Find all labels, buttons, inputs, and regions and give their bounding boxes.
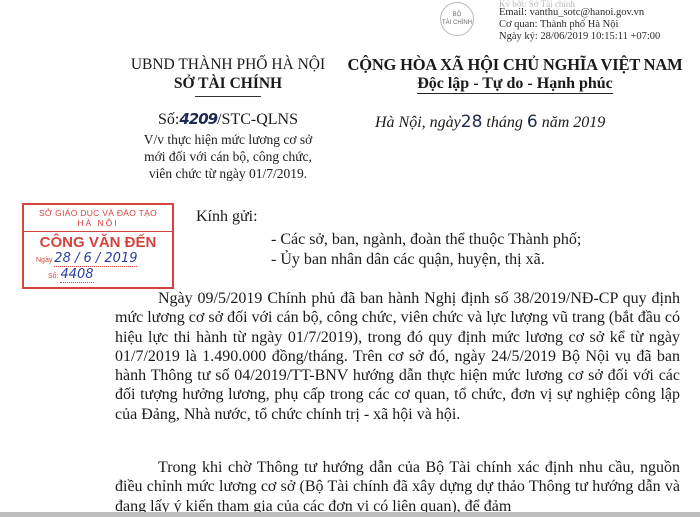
signer-line: Ký bởi: Sở Tài chính xyxy=(499,0,660,7)
stamp-number-label: Số: xyxy=(48,273,59,280)
handwritten-day: 28 xyxy=(461,112,483,132)
page-bottom-edge xyxy=(0,512,700,517)
stamp-date-value: 28 / 6 / 2019 xyxy=(54,251,137,267)
number-suffix: /STC-QLNS xyxy=(217,111,298,128)
stamp-org: SỞ GIÁO DỤC VÀ ĐÀO TẠO xyxy=(24,208,172,218)
stamp-number-value: 4408 xyxy=(60,267,93,283)
stamp-date-row: Ngày 28 / 6 / 2019 xyxy=(24,252,172,268)
national-title: CỘNG HÒA XÃ HỘI CHỦ NGHĨA VIỆT NAM xyxy=(330,55,700,74)
subject-line: mới đối với cán bộ, công chức, xyxy=(118,148,338,165)
body-paragraph: Ngày 09/5/2019 Chính phủ đã ban hành Ngh… xyxy=(115,289,680,424)
stamp-number-row: Số: 4408 xyxy=(24,268,172,284)
month-label: tháng xyxy=(486,114,522,131)
subject-line: viên chức từ ngày 01/7/2019. xyxy=(118,165,338,182)
signature-email: Email: vanthu_sotc@hanoi.gov.vn xyxy=(499,7,660,19)
handwritten-number: 4209 xyxy=(179,110,217,128)
national-header: CỘNG HÒA XÃ HỘI CHỦ NGHĨA VIỆT NAM Độc l… xyxy=(330,55,700,94)
document-subject: V/v thực hiện mức lương cơ sở mới đối vớ… xyxy=(118,131,338,182)
authority-name: UBND THÀNH PHỐ HÀ NỘI xyxy=(118,55,338,74)
stamp-city: HÀ NỘI xyxy=(24,218,172,232)
date-year: năm 2019 xyxy=(542,114,606,131)
recipients-label: Kính gửi: xyxy=(196,208,258,226)
incoming-document-stamp: SỞ GIÁO DỤC VÀ ĐÀO TẠO HÀ NỘI CÔNG VĂN Đ… xyxy=(22,203,174,289)
paragraph-text: Trong khi chờ Thông tư hướng dẫn của Bộ … xyxy=(115,458,680,516)
department-name: SỞ TÀI CHÍNH xyxy=(118,74,338,93)
digital-signature-block: Ký bởi: Sở Tài chính Email: vanthu_sotc@… xyxy=(499,0,660,43)
number-prefix: Số: xyxy=(158,111,179,128)
stamp-title: CÔNG VĂN ĐẾN xyxy=(24,234,172,252)
seal-text: BỘ xyxy=(441,11,473,19)
document-number: Số:4209/STC-QLNS xyxy=(118,109,338,130)
paragraph-text: Ngày 09/5/2019 Chính phủ đã ban hành Ngh… xyxy=(115,289,680,424)
subject-line: V/v thực hiện mức lương cơ sở xyxy=(118,131,338,148)
issue-date: Hà Nội, ngày28 tháng 6 năm 2019 xyxy=(375,112,605,132)
body-paragraph: Trong khi chờ Thông tư hướng dẫn của Bộ … xyxy=(115,458,680,516)
signature-date: Ngày ký: 28/06/2019 10:15:11 +07:00 xyxy=(499,31,660,43)
recipient-item: - Các sở, ban, ngành, đoàn thể thuộc Thà… xyxy=(271,231,581,249)
ministry-seal-icon: BỘ TÀI CHÍNH xyxy=(440,2,474,36)
national-motto: Độc lập - Tự do - Hạnh phúc xyxy=(417,74,613,94)
divider xyxy=(195,96,261,97)
date-place: Hà Nội, ngày xyxy=(375,114,461,131)
handwritten-month: 6 xyxy=(527,112,538,132)
issuing-authority-header: UBND THÀNH PHỐ HÀ NỘI SỞ TÀI CHÍNH Số:42… xyxy=(118,55,338,182)
recipient-item: - Ủy ban nhân dân các quận, huyện, thị x… xyxy=(271,251,545,269)
signature-agency: Cơ quan: Thành phố Hà Nội xyxy=(499,19,660,31)
stamp-date-label: Ngày xyxy=(36,257,52,264)
seal-text: TÀI CHÍNH xyxy=(441,19,473,27)
